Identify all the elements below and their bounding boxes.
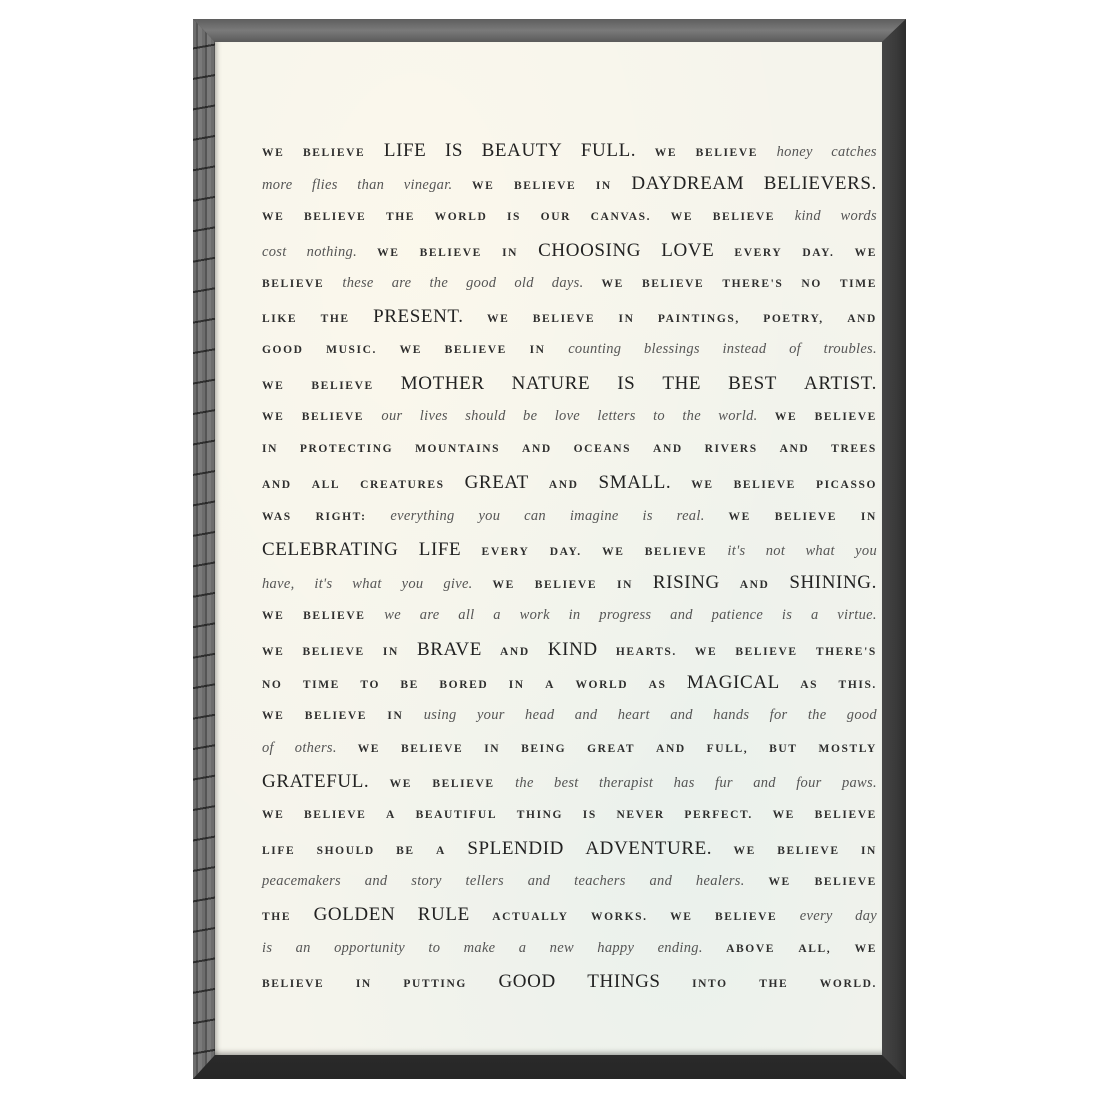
smallcaps-word: BELIEVE	[432, 768, 494, 801]
smallcaps-word: IN	[861, 835, 877, 868]
smallcaps-word: AND	[522, 433, 552, 466]
italic-word: vinegar.	[404, 169, 453, 202]
smallcaps-word: BELIEVE	[514, 170, 576, 203]
smallcaps-word: TO	[360, 669, 380, 702]
italic-word: best	[554, 767, 579, 800]
emphasis-word: LOVE	[661, 234, 714, 267]
smallcaps-word: IS	[583, 799, 597, 832]
italic-word: nothing.	[307, 236, 357, 269]
smallcaps-word: AND	[656, 733, 686, 766]
italic-word: fur	[715, 767, 733, 800]
smallcaps-word: NO	[801, 268, 821, 301]
italic-word: for	[770, 699, 788, 732]
text-line: LIFESHOULDBEASPLENDIDADVENTURE.WEBELIEVE…	[262, 832, 877, 865]
text-line: GRATEFUL.WEBELIEVEthebesttherapisthasfur…	[262, 765, 877, 798]
italic-word: troubles.	[824, 333, 877, 366]
italic-word: hands	[713, 699, 749, 732]
italic-word: real.	[677, 500, 705, 533]
smallcaps-word: WE	[472, 170, 494, 203]
italic-word: world.	[718, 400, 757, 433]
smallcaps-word: IN	[530, 334, 546, 367]
text-line: BELIEVEthesearethegoodolddays.WEBELIEVET…	[262, 267, 877, 300]
emphasis-word: SPLENDID	[467, 832, 564, 865]
emphasis-word: GRATEFUL.	[262, 765, 369, 798]
smallcaps-word: WE	[262, 370, 284, 403]
smallcaps-word: BELIEVE	[262, 968, 324, 1001]
emphasis-word: GOOD	[498, 965, 555, 998]
smallcaps-word: AND	[500, 636, 530, 669]
italic-word: the	[808, 699, 827, 732]
smallcaps-word: LIKE	[262, 303, 297, 336]
manifesto-text: WEBELIEVELIFEISBEAUTYFULL.WEBELIEVEhoney…	[262, 134, 877, 998]
smallcaps-word: BELIEVE	[815, 799, 877, 832]
smallcaps-word: TIME	[840, 268, 877, 301]
italic-word: to	[428, 932, 440, 965]
smallcaps-word: OUR	[541, 201, 571, 234]
text-line: WEBELIEVELIFEISBEAUTYFULL.WEBELIEVEhoney…	[262, 134, 877, 167]
smallcaps-word: BELIEVE	[311, 370, 373, 403]
emphasis-word: IS	[617, 367, 635, 400]
smallcaps-word: WE	[695, 636, 717, 669]
italic-word: progress	[599, 599, 651, 632]
text-line: BELIEVEINPUTTINGGOODTHINGSINTOTHEWORLD.	[262, 965, 877, 998]
smallcaps-word: WE	[775, 401, 797, 434]
emphasis-word: THINGS	[587, 965, 660, 998]
smallcaps-word: WE	[602, 536, 624, 569]
italic-word: in	[569, 599, 581, 632]
smallcaps-word: DAY.	[550, 536, 582, 569]
italic-word: lives	[420, 400, 448, 433]
smallcaps-word: WE	[855, 933, 877, 966]
smallcaps-word: THE	[386, 201, 415, 234]
smallcaps-word: WE	[855, 237, 877, 270]
smallcaps-word: WE	[602, 268, 624, 301]
smallcaps-word: THE	[759, 968, 788, 1001]
italic-word: a	[811, 599, 819, 632]
smallcaps-word: BELIEVE	[302, 636, 364, 669]
smallcaps-word: MOUNTAINS	[415, 433, 500, 466]
text-line: CELEBRATINGLIFEEVERYDAY.WEBELIEVEit'snot…	[262, 533, 877, 566]
smallcaps-word: BELIEVE	[775, 501, 837, 534]
smallcaps-word: PERFECT.	[684, 799, 753, 832]
smallcaps-word: TIME	[303, 669, 340, 702]
italic-word: head	[525, 699, 554, 732]
smallcaps-word: WE	[487, 303, 509, 336]
smallcaps-word: BELIEVE	[815, 401, 877, 434]
italic-word: words	[840, 200, 876, 233]
smallcaps-word: IN	[387, 700, 403, 733]
italic-word: is	[643, 500, 653, 533]
italic-word: and	[670, 699, 693, 732]
text-line: WEBELIEVEINusingyourheadandheartandhands…	[262, 699, 877, 732]
text-line: WEBELIEVEMOTHERNATUREISTHEBESTARTIST.	[262, 367, 877, 400]
smallcaps-word: THE	[321, 303, 350, 336]
text-line: WEBELIEVEourlivesshouldbeloveletterstoth…	[262, 400, 877, 433]
text-line: WEBELIEVEweareallaworkinprogressandpatie…	[262, 599, 877, 632]
smallcaps-word: THERE'S	[722, 268, 783, 301]
smallcaps-word: GOOD	[262, 334, 304, 367]
smallcaps-word: BELIEVE	[533, 303, 595, 336]
smallcaps-word: IN	[484, 733, 500, 766]
smallcaps-word: A	[386, 799, 396, 832]
italic-word: catches	[831, 136, 877, 169]
italic-word: of	[262, 732, 274, 765]
italic-word: not	[766, 535, 785, 568]
smallcaps-word: AND	[847, 303, 877, 336]
text-line: WEBELIEVETHEWORLDISOURCANVAS.WEBELIEVEki…	[262, 200, 877, 233]
smallcaps-word: EVERY	[734, 237, 782, 270]
smallcaps-word: DAY.	[802, 237, 834, 270]
smallcaps-word: BELIEVE	[420, 237, 482, 270]
emphasis-word: PRESENT.	[373, 300, 464, 333]
smallcaps-word: WORLD.	[820, 968, 877, 1001]
italic-word: instead	[722, 333, 766, 366]
smallcaps-word: BELIEVE	[304, 799, 366, 832]
italic-word: days.	[552, 267, 584, 300]
smallcaps-word: CREATURES	[360, 469, 444, 502]
smallcaps-word: AND	[262, 469, 292, 502]
emphasis-word: FULL.	[581, 134, 636, 167]
smallcaps-word: THING	[517, 799, 563, 832]
italic-word: work	[520, 599, 550, 632]
italic-word: have,	[262, 568, 295, 601]
emphasis-word: ADVENTURE.	[585, 832, 712, 865]
smallcaps-word: ABOVE	[726, 933, 775, 966]
italic-word: our	[381, 400, 402, 433]
smallcaps-word: PROTECTING	[300, 433, 393, 466]
italic-word: and	[753, 767, 776, 800]
italic-word: is	[782, 599, 792, 632]
italic-word: more	[262, 169, 292, 202]
smallcaps-word: BORED	[439, 669, 488, 702]
picture-frame: WEBELIEVELIFEISBEAUTYFULL.WEBELIEVEhoney…	[193, 19, 906, 1079]
smallcaps-word: WE	[768, 866, 790, 899]
smallcaps-word: WE	[728, 501, 750, 534]
smallcaps-word: POETRY,	[763, 303, 824, 336]
italic-word: you	[402, 568, 424, 601]
italic-word: love	[555, 400, 580, 433]
emphasis-word: NATURE	[512, 367, 591, 400]
text-line: GOODMUSIC.WEBELIEVEINcountingblessingsin…	[262, 333, 877, 366]
emphasis-word: DAYDREAM	[631, 167, 744, 200]
smallcaps-word: IN	[596, 170, 612, 203]
smallcaps-word: NO	[262, 669, 282, 702]
text-line: LIKETHEPRESENT.WEBELIEVEINPAINTINGS,POET…	[262, 300, 877, 333]
text-line: WEBELIEVEABEAUTIFULTHINGISNEVERPERFECT.W…	[262, 799, 877, 832]
italic-word: all	[458, 599, 474, 632]
smallcaps-word: IN	[619, 303, 635, 336]
emphasis-word: GOLDEN	[314, 898, 396, 931]
smallcaps-word: WE	[358, 733, 380, 766]
smallcaps-word: AND	[780, 433, 810, 466]
smallcaps-word: WE	[262, 636, 284, 669]
italic-word: are	[392, 267, 412, 300]
smallcaps-word: WE	[773, 799, 795, 832]
smallcaps-word: MUSIC.	[326, 334, 377, 367]
italic-word: day	[855, 900, 877, 933]
italic-word: we	[384, 599, 401, 632]
emphasis-word: SHINING.	[789, 566, 877, 599]
text-line: WASRIGHT:everythingyoucanimagineisreal.W…	[262, 500, 877, 533]
smallcaps-word: WE	[262, 700, 284, 733]
smallcaps-word: BELIEVE	[304, 201, 366, 234]
italic-word: and	[649, 865, 672, 898]
smallcaps-word: BELIEVE	[777, 835, 839, 868]
italic-word: should	[465, 400, 505, 433]
text-line: ANDALLCREATURESGREATANDSMALL.WEBELIEVEPI…	[262, 466, 877, 499]
smallcaps-word: A	[436, 835, 446, 868]
emphasis-word: CELEBRATING	[262, 533, 398, 566]
italic-word: a	[493, 599, 501, 632]
emphasis-word: KIND	[548, 633, 598, 666]
italic-word: a	[519, 932, 527, 965]
italic-word: it's	[727, 535, 745, 568]
italic-word: kind	[795, 200, 821, 233]
emphasis-word: LIFE	[419, 533, 462, 566]
smallcaps-word: MOSTLY	[818, 733, 876, 766]
smallcaps-word: IN	[509, 669, 525, 702]
frame-top-rail	[193, 19, 906, 42]
italic-word: healers.	[696, 865, 745, 898]
smallcaps-word: BELIEVE	[642, 268, 704, 301]
smallcaps-word: IN	[383, 636, 399, 669]
smallcaps-word: BELIEVE	[303, 137, 365, 170]
italic-word: virtue.	[837, 599, 877, 632]
italic-word: of	[789, 333, 801, 366]
smallcaps-word: SHOULD	[317, 835, 375, 868]
smallcaps-word: WAS	[262, 501, 292, 534]
italic-word: what	[805, 535, 834, 568]
smallcaps-word: BELIEVE	[302, 401, 364, 434]
italic-word: cost	[262, 236, 287, 269]
smallcaps-word: BELIEVE	[535, 569, 597, 602]
italic-word: you	[855, 535, 877, 568]
smallcaps-word: GREAT	[587, 733, 635, 766]
italic-word: happy	[597, 932, 634, 965]
italic-word: everything	[390, 500, 454, 533]
emphasis-word: MOTHER	[401, 367, 485, 400]
italic-word: can	[524, 500, 546, 533]
italic-word: therapist	[599, 767, 653, 800]
frame-right-rail	[882, 19, 906, 1079]
smallcaps-word: WE	[377, 237, 399, 270]
smallcaps-word: WE	[262, 201, 284, 234]
smallcaps-word: BELIEVE	[735, 636, 797, 669]
emphasis-word: RISING	[653, 566, 720, 599]
text-line: peacemakersandstorytellersandteachersand…	[262, 865, 877, 898]
italic-word: every	[800, 900, 833, 933]
emphasis-word: ARTIST.	[804, 367, 877, 400]
smallcaps-word: BELIEVE	[401, 733, 463, 766]
italic-word: opportunity	[334, 932, 405, 965]
italic-word: story	[411, 865, 442, 898]
smallcaps-word: WE	[671, 201, 693, 234]
italic-word: teachers	[574, 865, 626, 898]
smallcaps-word: WE	[655, 137, 677, 170]
italic-word: an	[296, 932, 311, 965]
smallcaps-word: BELIEVE	[645, 536, 707, 569]
emphasis-word: IS	[445, 134, 463, 167]
italic-word: it's	[314, 568, 332, 601]
text-line: have,it'swhatyougive.WEBELIEVEINRISINGAN…	[262, 566, 877, 599]
smallcaps-word: AND	[653, 433, 683, 466]
smallcaps-word: TREES	[831, 433, 877, 466]
smallcaps-word: BELIEVE	[815, 866, 877, 899]
smallcaps-word: AS	[800, 669, 818, 702]
smallcaps-word: THE	[262, 901, 291, 934]
text-line: morefliesthanvinegar.WEBELIEVEINDAYDREAM…	[262, 167, 877, 200]
smallcaps-word: BELIEVE	[303, 600, 365, 633]
italic-word: using	[424, 699, 457, 732]
italic-word: patience	[712, 599, 764, 632]
italic-word: flies	[312, 169, 338, 202]
italic-word: four	[796, 767, 821, 800]
smallcaps-word: BELIEVE	[696, 137, 758, 170]
italic-word: good	[466, 267, 496, 300]
italic-word: to	[653, 400, 665, 433]
smallcaps-word: WE	[262, 600, 284, 633]
smallcaps-word: BEING	[521, 733, 566, 766]
italic-word: old	[514, 267, 533, 300]
italic-word: what	[352, 568, 381, 601]
smallcaps-word: NEVER	[616, 799, 664, 832]
smallcaps-word: WE	[670, 901, 692, 934]
italic-word: honey	[777, 136, 813, 169]
smallcaps-word: RIGHT:	[316, 501, 367, 534]
text-line: NOTIMETOBEBOREDINAWORLDASMAGICALASTHIS.	[262, 666, 877, 699]
smallcaps-word: BELIEVE	[445, 334, 507, 367]
smallcaps-word: IN	[262, 433, 278, 466]
italic-word: your	[477, 699, 505, 732]
italic-word: letters	[597, 400, 635, 433]
italic-word: the	[682, 400, 701, 433]
italic-word: tellers	[466, 865, 504, 898]
italic-word: and	[528, 865, 551, 898]
smallcaps-word: WE	[400, 334, 422, 367]
smallcaps-word: ACTUALLY	[492, 901, 568, 934]
smallcaps-word: A	[545, 669, 555, 702]
smallcaps-word: IN	[861, 501, 877, 534]
smallcaps-word: BELIEVE	[305, 700, 367, 733]
emphasis-word: RULE	[418, 898, 470, 931]
italic-word: new	[550, 932, 574, 965]
italic-word: be	[523, 400, 537, 433]
italic-word: are	[420, 599, 440, 632]
italic-word: imagine	[570, 500, 619, 533]
italic-word: peacemakers	[262, 865, 341, 898]
smallcaps-word: WE	[262, 799, 284, 832]
italic-word: others.	[295, 732, 337, 765]
smallcaps-word: BELIEVE	[262, 268, 324, 301]
art-print-paper: WEBELIEVELIFEISBEAUTYFULL.WEBELIEVEhoney…	[215, 42, 882, 1055]
emphasis-word: LIFE	[384, 134, 427, 167]
smallcaps-word: BELIEVE	[715, 901, 777, 934]
smallcaps-word: IN	[356, 968, 372, 1001]
smallcaps-word: WORKS.	[591, 901, 648, 934]
italic-word: counting	[568, 333, 621, 366]
text-line: ofothers.WEBELIEVEINBEINGGREATANDFULL,BU…	[262, 732, 877, 765]
smallcaps-word: PAINTINGS,	[658, 303, 740, 336]
smallcaps-word: ALL	[312, 469, 340, 502]
italic-word: and	[575, 699, 598, 732]
smallcaps-word: WE	[390, 768, 412, 801]
smallcaps-word: AND	[549, 469, 579, 502]
emphasis-word: SMALL.	[599, 466, 672, 499]
frame-left-rail	[193, 19, 215, 1079]
frame-bottom-rail	[193, 1055, 906, 1079]
smallcaps-word: PICASSO	[816, 469, 877, 502]
italic-word: has	[674, 767, 695, 800]
italic-word: the	[515, 767, 534, 800]
smallcaps-word: HEARTS.	[616, 636, 677, 669]
italic-word: paws.	[842, 767, 877, 800]
emphasis-word: BEAUTY	[482, 134, 563, 167]
smallcaps-word: FULL,	[707, 733, 749, 766]
text-line: costnothing.WEBELIEVEINCHOOSINGLOVEEVERY…	[262, 234, 877, 267]
smallcaps-word: BEAUTIFUL	[416, 799, 498, 832]
smallcaps-word: BUT	[769, 733, 797, 766]
smallcaps-word: WORLD	[435, 201, 488, 234]
italic-word: is	[262, 932, 272, 965]
emphasis-word: BELIEVERS.	[764, 167, 877, 200]
smallcaps-word: WE	[262, 401, 284, 434]
text-line: isanopportunitytomakeanewhappyending.ABO…	[262, 932, 877, 965]
smallcaps-word: WORLD	[575, 669, 628, 702]
smallcaps-word: BELIEVE	[734, 469, 796, 502]
smallcaps-word: WE	[262, 137, 284, 170]
smallcaps-word: LIFE	[262, 835, 295, 868]
italic-word: make	[464, 932, 496, 965]
italic-word: you	[478, 500, 500, 533]
smallcaps-word: IN	[502, 237, 518, 270]
smallcaps-word: BELIEVE	[713, 201, 775, 234]
smallcaps-word: IN	[617, 569, 633, 602]
smallcaps-word: IS	[507, 201, 521, 234]
italic-word: ending.	[658, 932, 703, 965]
smallcaps-word: ALL,	[798, 933, 831, 966]
smallcaps-word: INTO	[692, 968, 728, 1001]
italic-word: and	[365, 865, 388, 898]
italic-word: good	[847, 699, 877, 732]
smallcaps-word: OCEANS	[574, 433, 632, 466]
smallcaps-word: AS	[649, 669, 667, 702]
emphasis-word: BEST	[728, 367, 777, 400]
emphasis-word: BRAVE	[417, 633, 482, 666]
smallcaps-word: CANVAS.	[591, 201, 652, 234]
smallcaps-word: WE	[734, 835, 756, 868]
emphasis-word: GREAT	[465, 466, 529, 499]
italic-word: heart	[618, 699, 650, 732]
italic-word: these	[342, 267, 373, 300]
smallcaps-word: AND	[740, 569, 770, 602]
smallcaps-word: BE	[396, 835, 415, 868]
italic-word: and	[670, 599, 693, 632]
smallcaps-word: THIS.	[839, 669, 877, 702]
smallcaps-word: PUTTING	[403, 968, 467, 1001]
smallcaps-word: BE	[400, 669, 419, 702]
emphasis-word: THE	[662, 367, 701, 400]
smallcaps-word: THERE'S	[816, 636, 877, 669]
italic-word: give.	[443, 568, 472, 601]
smallcaps-word: EVERY	[482, 536, 530, 569]
smallcaps-word: WE	[691, 469, 713, 502]
smallcaps-word: RIVERS	[705, 433, 758, 466]
italic-word: than	[357, 169, 384, 202]
text-line: THEGOLDENRULEACTUALLYWORKS.WEBELIEVEever…	[262, 898, 877, 931]
text-line: WEBELIEVEINBRAVEANDKINDHEARTS.WEBELIEVET…	[262, 633, 877, 666]
text-line: INPROTECTINGMOUNTAINSANDOCEANSANDRIVERSA…	[262, 433, 877, 466]
emphasis-word: CHOOSING	[538, 234, 641, 267]
